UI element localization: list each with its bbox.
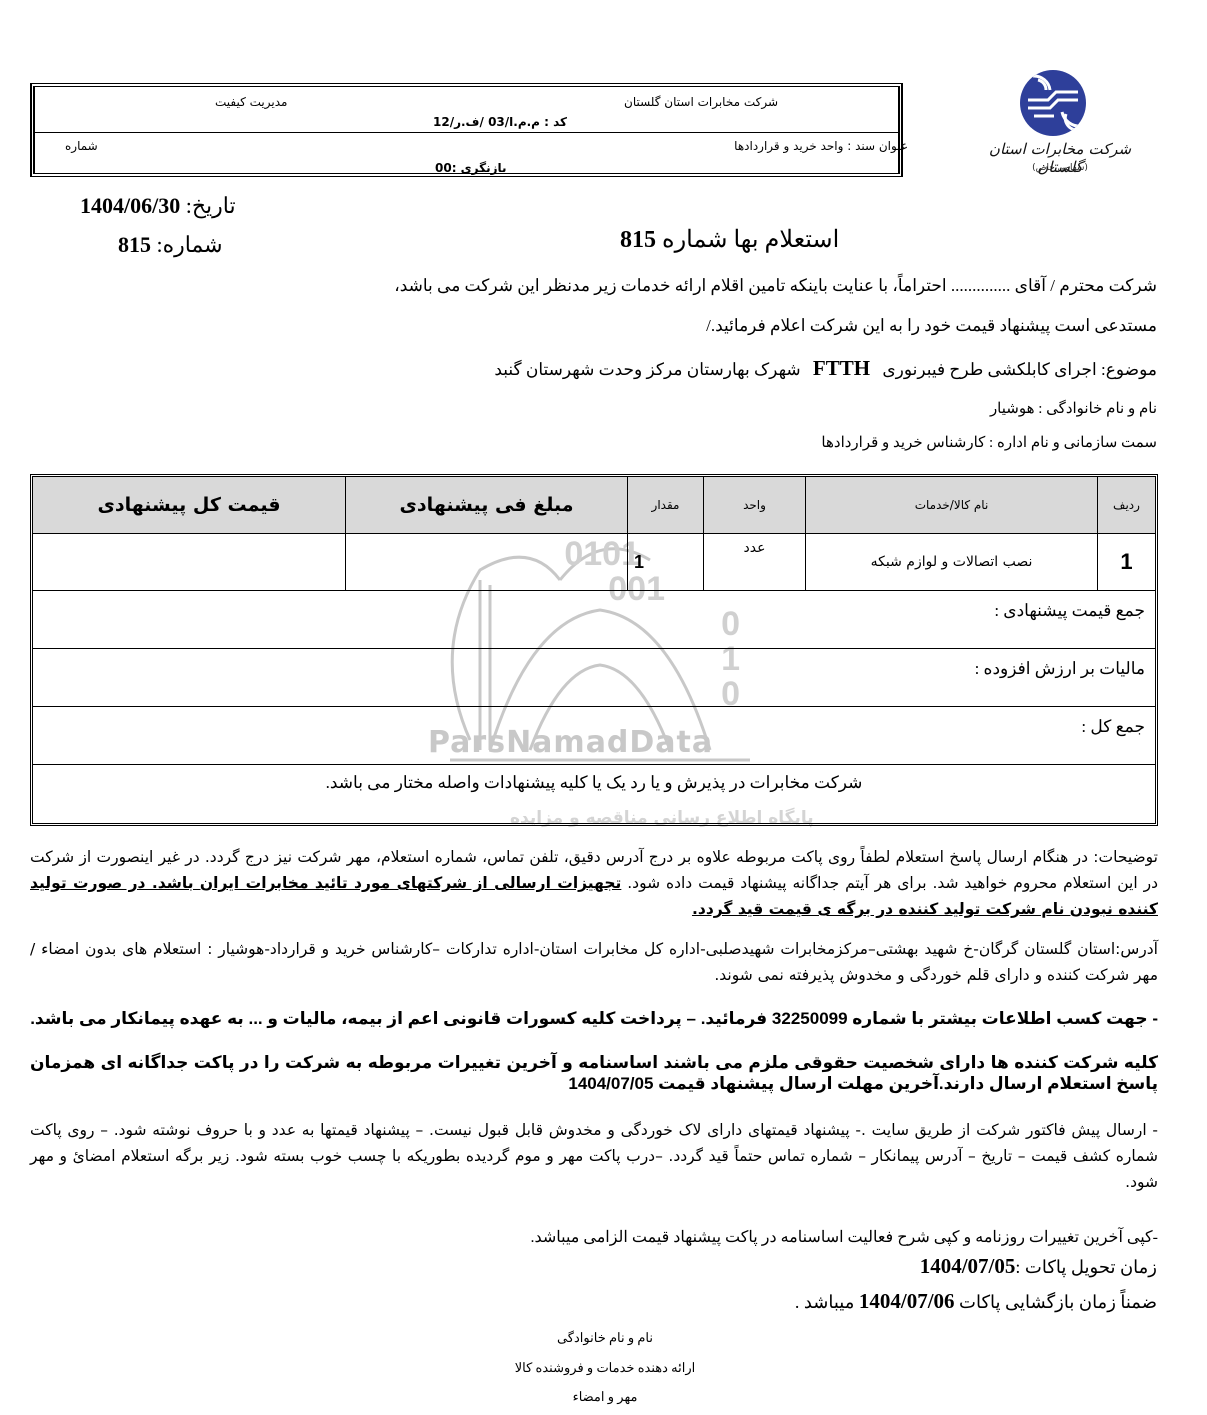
number-label: شماره: xyxy=(157,232,223,257)
header-company: شرکت مخابرات استان گلستان xyxy=(624,95,778,109)
contact-paragraph: - جهت کسب اطلاعات بیشتر با شماره 3225009… xyxy=(30,1008,1158,1029)
opening-date: 1404/07/06 xyxy=(859,1289,955,1313)
opening-prefix: ضمناً زمان بازگشایی پاکات xyxy=(959,1292,1157,1312)
opening-line: ضمناً زمان بازگشایی پاکات 1404/07/06 میب… xyxy=(795,1289,1157,1314)
legal-paragraph: کلیه شرکت کننده ها دارای شخصیت حقوقی ملز… xyxy=(30,1052,1158,1094)
subject-ftth: FTTH xyxy=(813,356,870,380)
title-text: استعلام بها شماره xyxy=(662,227,839,253)
inquiry-table: ردیف نام کالا/خدمات واحد مقدار مبلغ فی پ… xyxy=(30,474,1158,826)
delivery-line: زمان تحویل پاکات :1404/07/05 xyxy=(920,1254,1157,1279)
sum-label: جمع قیمت پیشنهادی : xyxy=(994,601,1145,621)
document-header-box: شرکت مخابرات استان گلستان مدیریت کیفیت ک… xyxy=(30,83,903,177)
subject-line: موضوع: اجرای کابلکشی طرح فیبرنوری FTTH ش… xyxy=(494,356,1157,381)
header-row-2: عنوان سند : واحد خرید و قراردادها شماره … xyxy=(35,133,898,178)
grand-total-row: جمع کل : xyxy=(33,706,1155,764)
signature-role: ارائه دهنده خدمات و فروشنده کالا xyxy=(480,1360,730,1376)
company-logo: شرکت مخابرات استان گلستان (سهامی خاص) xyxy=(985,70,1135,180)
page-title: استعلام بها شماره 815 xyxy=(620,225,839,254)
cell-item-name: نصب اتصالات و لوازم شبکه xyxy=(805,533,1097,590)
col-header-row: ردیف xyxy=(1097,477,1155,533)
number-line: شماره: 815 xyxy=(118,232,223,258)
grand-total-label: جمع کل : xyxy=(1081,717,1145,737)
intro-line-1: شرکت محترم / آقای .............. احتراما… xyxy=(394,276,1157,296)
col-header-unit: واحد xyxy=(703,477,805,533)
date-line: تاریخ: 1404/06/30 xyxy=(80,193,236,219)
sum-row: جمع قیمت پیشنهادی : xyxy=(33,590,1155,648)
contact-name: نام و نام خانوادگی : هوشیار xyxy=(990,399,1157,418)
title-number: 815 xyxy=(620,227,656,253)
cell-row-number: 1 xyxy=(1097,533,1155,590)
logo-subtitle: (سهامی خاص) xyxy=(985,163,1135,173)
instructions-paragraph: - ارسال پیش فاکتور شرکت از طریق سایت .- … xyxy=(30,1117,1158,1195)
cell-qty: 1 xyxy=(627,533,703,590)
number-value: 815 xyxy=(118,232,151,257)
address-paragraph: آدرس:استان گلستان گرگان-خ شهید بهشتی–مرک… xyxy=(30,936,1158,988)
subject-prefix: موضوع: اجرای کابلکشی طرح فیبرنوری xyxy=(882,360,1157,379)
notice-row: شرکت مخابرات در پذیرش و یا رد یک یا کلیه… xyxy=(33,764,1155,823)
contact-position: سمت سازمانی و نام اداره : کارشناس خرید و… xyxy=(821,433,1157,452)
vat-label: مالیات بر ارزش افزوده : xyxy=(975,659,1145,679)
header-row-1: شرکت مخابرات استان گلستان مدیریت کیفیت ک… xyxy=(35,87,898,133)
delivery-label: زمان تحویل پاکات : xyxy=(1015,1257,1157,1277)
date-value: 1404/06/30 xyxy=(80,193,180,218)
cell-unit-price-input[interactable] xyxy=(345,533,627,590)
header-revision: بازنگری :00 xyxy=(435,161,507,175)
header-number-label: شماره xyxy=(65,139,98,153)
delivery-date: 1404/07/05 xyxy=(920,1254,1016,1278)
signature-stamp: مهر و امضاء xyxy=(480,1389,730,1405)
col-header-qty: مقدار xyxy=(627,477,703,533)
date-label: تاریخ: xyxy=(186,193,236,218)
signature-name: نام و نام خانوادگی xyxy=(480,1330,730,1346)
description-paragraph: توضیحات: در هنگام ارسال پاسخ استعلام لطف… xyxy=(30,844,1158,922)
notice-text: شرکت مخابرات در پذیرش و یا رد یک یا کلیه… xyxy=(33,773,1155,793)
col-header-total-price: قیمت کل پیشنهادی xyxy=(33,477,345,533)
cell-total-price-input[interactable] xyxy=(33,533,345,590)
vat-row: مالیات بر ارزش افزوده : xyxy=(33,648,1155,706)
col-header-item: نام کالا/خدمات xyxy=(805,477,1097,533)
opening-suffix: میباشد . xyxy=(795,1292,855,1312)
header-department: مدیریت کیفیت xyxy=(215,95,287,109)
header-doc-title: عنوان سند : واحد خرید و قراردادها xyxy=(734,139,908,153)
col-header-unit-price: مبلغ فی پیشنهادی xyxy=(345,477,627,533)
copy-note: -کپی آخرین تغییرات روزنامه و کپی شرح فعا… xyxy=(30,1225,1158,1251)
subject-suffix: شهرک بهارستان مرکز وحدت شهرستان گنبد xyxy=(494,360,800,379)
cell-unit: عدد xyxy=(703,533,805,590)
intro-line-2: مستدعی است پیشنهاد قیمت خود را به این شر… xyxy=(706,316,1157,336)
telecom-logo-icon xyxy=(1020,70,1086,136)
header-code: کد : م.م.ا/03 /ف.ر/12 xyxy=(433,115,567,129)
